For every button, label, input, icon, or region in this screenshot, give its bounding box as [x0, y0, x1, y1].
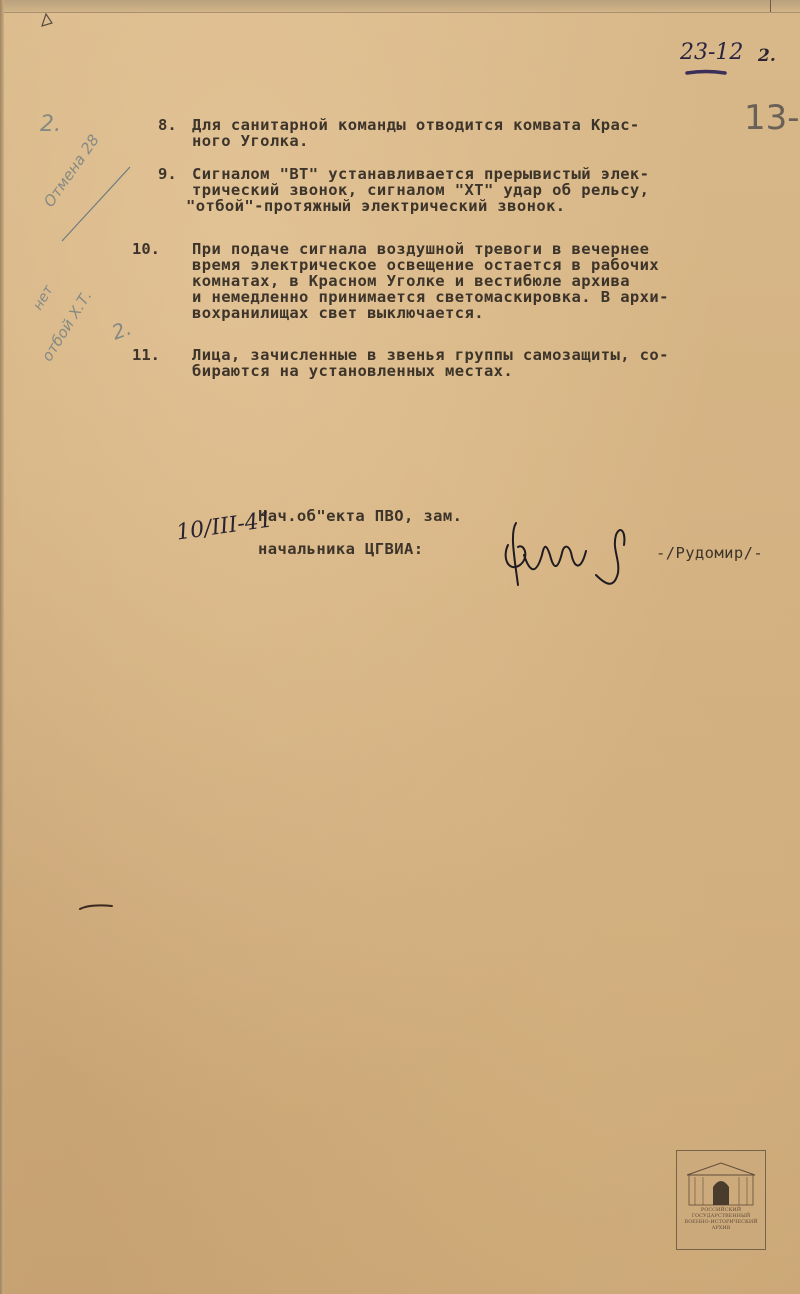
item-number: 10.: [132, 241, 160, 257]
item-text-line: Лица, зачисленные в звенья группы самоза…: [192, 347, 669, 363]
item-text-line: время электрическое освещение остается в…: [192, 257, 659, 273]
underline-stroke: [686, 68, 726, 76]
archive-stamp-text: РОССИЙСКИЙ ГОСУДАРСТВЕННЫЙ ВОЕННО-ИСТОРИ…: [677, 1207, 765, 1231]
paper-top-edge: [0, 0, 800, 13]
archive-building-icon: [683, 1161, 759, 1207]
paper-left-edge: [0, 0, 4, 1294]
signature-scribble: [500, 515, 640, 600]
archive-stamp: РОССИЙСКИЙ ГОСУДАРСТВЕННЫЙ ВОЕННО-ИСТОРИ…: [676, 1150, 766, 1250]
document-page: 23-12 2. 13- 2. Отмена 28 нет отбой Х.Т.…: [0, 0, 800, 1294]
item-number: 9.: [158, 166, 177, 182]
margin-note-e: 2.: [108, 315, 134, 344]
page-mark: 2.: [758, 46, 776, 66]
folio-number: 13-: [744, 98, 800, 138]
item-number: 8.: [158, 117, 177, 133]
item-text-line: комнатах, в Красном Уголке и вестибюле а…: [192, 273, 630, 289]
margin-note-c: нет: [30, 283, 57, 313]
item-text-line: и немедленно принимается светомаскировка…: [192, 289, 669, 305]
signer-title-line1: Нач.об"екта ПВО, зам.: [258, 508, 462, 524]
item-text-line: бираются на установленных местах.: [192, 363, 513, 379]
sheet-reference: 23-12: [680, 40, 743, 65]
ink-mark: [78, 902, 114, 912]
signer-title-line2: начальника ЦГВИА:: [258, 541, 423, 557]
margin-note-a: 2.: [40, 112, 61, 137]
item-text-line: ного Уголка.: [192, 133, 309, 149]
item-text-line: трический звонок, сигналом "ХТ" удар об …: [192, 182, 649, 198]
item-number: 11.: [132, 347, 160, 363]
margin-strike-line: [60, 165, 140, 245]
signer-name: -/Рудомир/-: [656, 545, 763, 561]
item-text-line: Сигналом "ВТ" устанавливается прерывисты…: [192, 166, 649, 182]
item-text-line: "отбой"-протяжный электрический звонок.: [186, 198, 566, 214]
triangle-mark-icon: [38, 12, 54, 28]
paper-corner: [770, 0, 800, 12]
item-text-line: При подаче сигнала воздушной тревоги в в…: [192, 241, 649, 257]
item-text-line: Для санитарной команды отводится комвата…: [192, 117, 640, 133]
item-text-line: вохранилищах свет выключается.: [192, 305, 484, 321]
